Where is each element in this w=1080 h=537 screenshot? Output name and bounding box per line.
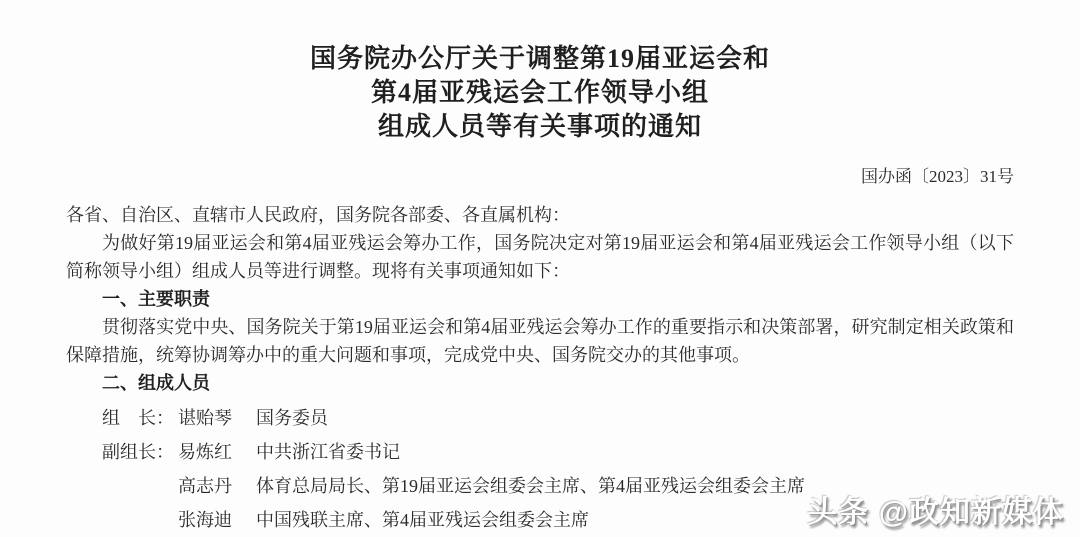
document-body: 国务院办公厅关于调整第19届亚运会和 第4届亚残运会工作领导小组 组成人员等有关… <box>0 0 1080 537</box>
section-1-heading: 一、主要职责 <box>66 285 1014 313</box>
title-line-3: 组成人员等有关事项的通知 <box>66 110 1014 144</box>
section-1-body: 贯彻落实党中央、国务院关于第19届亚运会和第4届亚残运会筹办工作的重要指示和决策… <box>66 313 1014 369</box>
member-name: 易炼红 <box>178 435 256 469</box>
title-line-2: 第4届亚残运会工作领导小组 <box>66 76 1014 110</box>
member-row: 组 长： 谌贻琴 国务委员 <box>102 401 1014 435</box>
member-title: 国务委员 <box>256 401 1014 435</box>
member-role: 组 长： <box>102 401 178 435</box>
intro-paragraph: 为做好第19届亚运会和第4届亚残运会筹办工作，国务院决定对第19届亚运会和第4届… <box>66 229 1014 285</box>
member-name: 张海迪 <box>178 503 256 537</box>
member-role <box>102 503 178 537</box>
member-role: 副组长： <box>102 435 178 469</box>
member-name: 谌贻琴 <box>178 401 256 435</box>
member-row: 副组长： 易炼红 中共浙江省委书记 <box>102 435 1014 469</box>
member-name: 高志丹 <box>178 469 256 503</box>
watermark: 头条 @政知新媒体 <box>807 487 1064 531</box>
title-line-1: 国务院办公厅关于调整第19届亚运会和 <box>66 42 1014 76</box>
document-number: 国办函〔2023〕31号 <box>66 162 1014 187</box>
section-2-heading: 二、组成人员 <box>66 369 1014 397</box>
salutation: 各省、自治区、直辖市人民政府，国务院各部委、各直属机构： <box>66 201 1014 229</box>
document-page: 国务院办公厅关于调整第19届亚运会和 第4届亚残运会工作领导小组 组成人员等有关… <box>0 0 1080 537</box>
document-title: 国务院办公厅关于调整第19届亚运会和 第4届亚残运会工作领导小组 组成人员等有关… <box>66 42 1014 144</box>
member-role <box>102 469 178 503</box>
member-title: 中共浙江省委书记 <box>256 435 1014 469</box>
